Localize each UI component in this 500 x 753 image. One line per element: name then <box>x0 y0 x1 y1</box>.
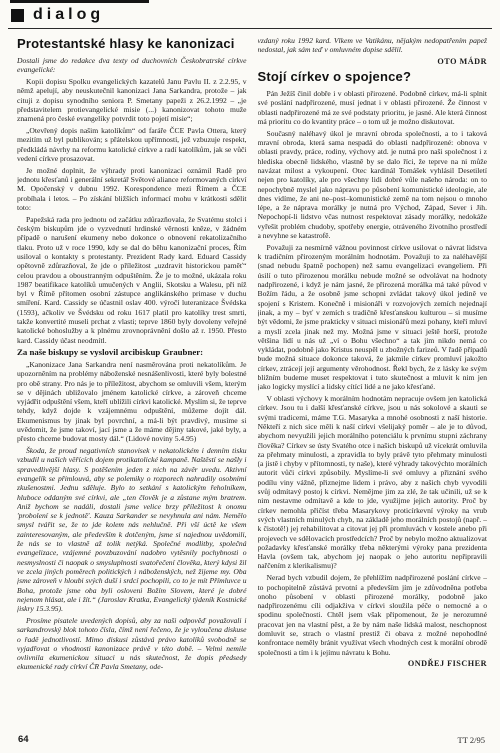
header-top-bar <box>10 0 149 3</box>
paragraph: Současný naléhavý úkol je mravní obroda … <box>258 129 488 241</box>
square-bullet-icon <box>11 9 24 22</box>
paragraph: Kopii dopisu Spolku evangelických kazate… <box>17 77 247 123</box>
paragraph: Je možné doplnit, že výhrady proti kanon… <box>17 166 247 212</box>
carryover-text: vzdaný roku 1992 kard. Vlkem ve Vatikánu… <box>258 36 488 55</box>
left-article-title: Protestantské hlasy ke kanonizaci <box>17 36 247 51</box>
two-column-layout: Protestantské hlasy ke kanonizaci Dostal… <box>17 36 487 727</box>
left-article-intro: Dostali jsme do redakce dva texty od duc… <box>17 56 247 75</box>
section-header: dialog <box>11 6 104 24</box>
author-signature-madr: OTO MÁDR <box>258 57 488 66</box>
left-article-subheading: Za naše biskupy se vyslovil arcibiskup G… <box>17 347 247 357</box>
paragraph: V oblasti výchovy k morálním hodnotám ne… <box>258 394 488 571</box>
paragraph: Škoda, že proud negativních stanovisek v… <box>17 446 247 613</box>
page-number: 64 <box>18 734 29 745</box>
paragraph: „Kanonizace Jana Sarkandra není nasměrov… <box>17 360 247 444</box>
paragraph: Papežská rada pro jednotu od začátku zdů… <box>17 215 247 345</box>
paragraph: Považuji za nesmírně vážnou povinnost cí… <box>258 243 488 392</box>
paragraph: Pán Ježíš činil dobře i v oblasti přiroz… <box>258 89 488 126</box>
paragraph: Nerad bych vzbudil dojem, že přehlížím n… <box>258 573 488 657</box>
paragraph: Prosíme pisatele uvedených dopisů, aby z… <box>17 616 247 672</box>
magazine-page: dialog Protestantské hlasy ke kanonizaci… <box>0 0 500 753</box>
right-column: vzdaný roku 1992 kard. Vlkem ve Vatikánu… <box>258 36 488 727</box>
header-rule <box>8 28 492 29</box>
author-signature-fischer: ONDŘEJ FISCHER <box>258 659 488 668</box>
left-column: Protestantské hlasy ke kanonizaci Dostal… <box>17 36 247 727</box>
paragraph: „Otevřený dopis našim katolíkům“ od fará… <box>17 126 247 163</box>
issue-label: TT 2/95 <box>458 735 485 745</box>
right-article-title: Stojí církev o spojence? <box>258 69 488 84</box>
section-label: dialog <box>33 6 104 24</box>
